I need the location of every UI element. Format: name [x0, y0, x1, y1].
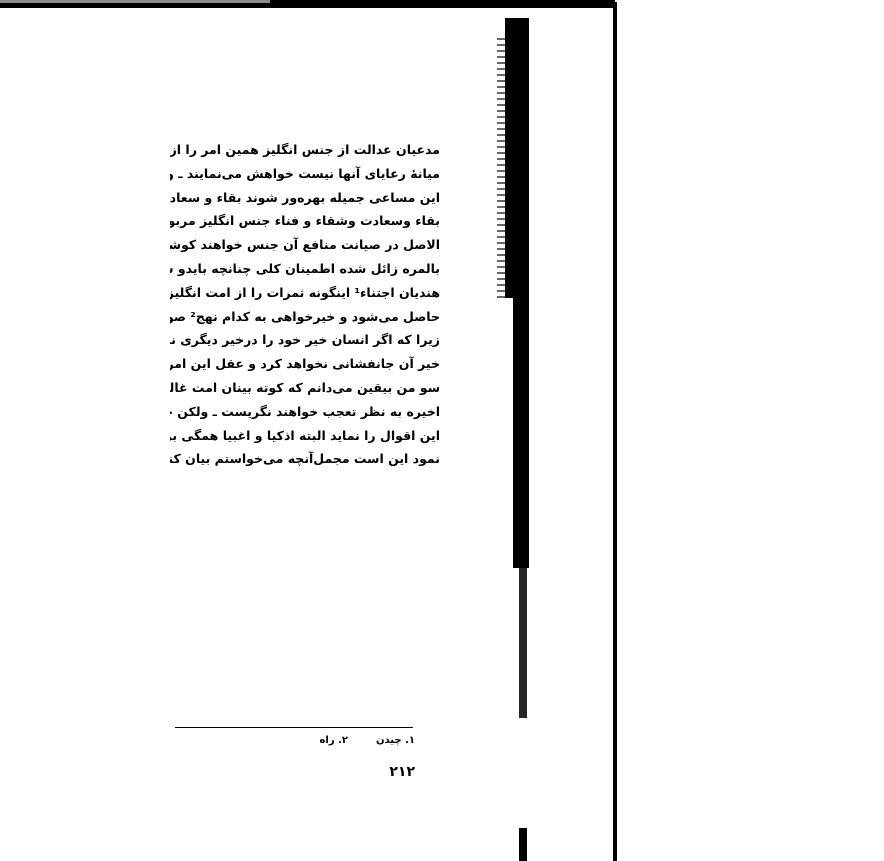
text-line: هندیان اجتناء¹ اینگونه ثمرات را از امت ا… — [170, 281, 440, 305]
text-line: میانهٔ رعایای آنها نیست خواهش می‌نمایند … — [170, 162, 440, 186]
text-line: این مساعی جمیله بهره‌ور شوند بقاء و سعاد… — [170, 186, 440, 210]
gutter-bottom-band — [519, 828, 527, 861]
footnote-text: چیدن — [376, 735, 402, 746]
footnote-text: راه — [319, 735, 334, 746]
text-line: این اقوال را نماید البته اذکیا و اغبیا ه… — [170, 424, 440, 448]
gutter-mid-band — [513, 298, 529, 568]
gutter-thin-band — [519, 568, 527, 718]
text-line: مدعیان عدالت از جنس انگلیز همین امر را ا… — [170, 138, 440, 162]
text-line: الاصل در صیانت منافع آن جنس خواهند کوشد … — [170, 233, 440, 257]
body-text: مدعیان عدالت از جنس انگلیز همین امر را ا… — [170, 138, 440, 471]
footnote-marker: ۲. — [338, 735, 348, 746]
footnote-2: ۲. راه — [319, 735, 348, 746]
text-line: بقاء وسعادت وشقاء و فناء جنس انگلیز مربو… — [170, 209, 440, 233]
footnote-1: ۱. چیدن — [376, 735, 415, 746]
text-line: نمود این است مجمل‌آنچه می‌خواستم بیان کن… — [170, 447, 440, 471]
scan-top-edge — [0, 0, 615, 8]
footnote-divider — [175, 727, 413, 728]
scan-top-edge-highlight — [0, 0, 270, 3]
footnote-marker: ۱. — [405, 735, 415, 746]
gutter-speckle — [497, 38, 505, 298]
gutter-dark-band — [505, 18, 529, 298]
page-number: ۲۱۲ — [375, 764, 415, 780]
text-line: خیر آن جانفشانی نخواهد کرد و عقل این امر… — [170, 352, 440, 376]
text-line: بالمره زائل شده اطمینان کلی چنانچه بایدو… — [170, 257, 440, 281]
text-line: زیرا که اگر انسان خیر خود را درخیر دیگری… — [170, 328, 440, 352]
footnotes: ۱. چیدن ۲. راه — [270, 735, 415, 746]
text-line: حاصل می‌شود و خیرخواهی به کدام نهج² صورت… — [170, 305, 440, 329]
text-line: اخیره به نظر تعجب خواهند نگریست ـ ولکن چ… — [170, 400, 440, 424]
text-line: سو من بیقین می‌دانم که کوته بینان امت غا… — [170, 376, 440, 400]
book-gutter-shadow — [495, 18, 533, 861]
scan-right-border — [613, 2, 617, 861]
